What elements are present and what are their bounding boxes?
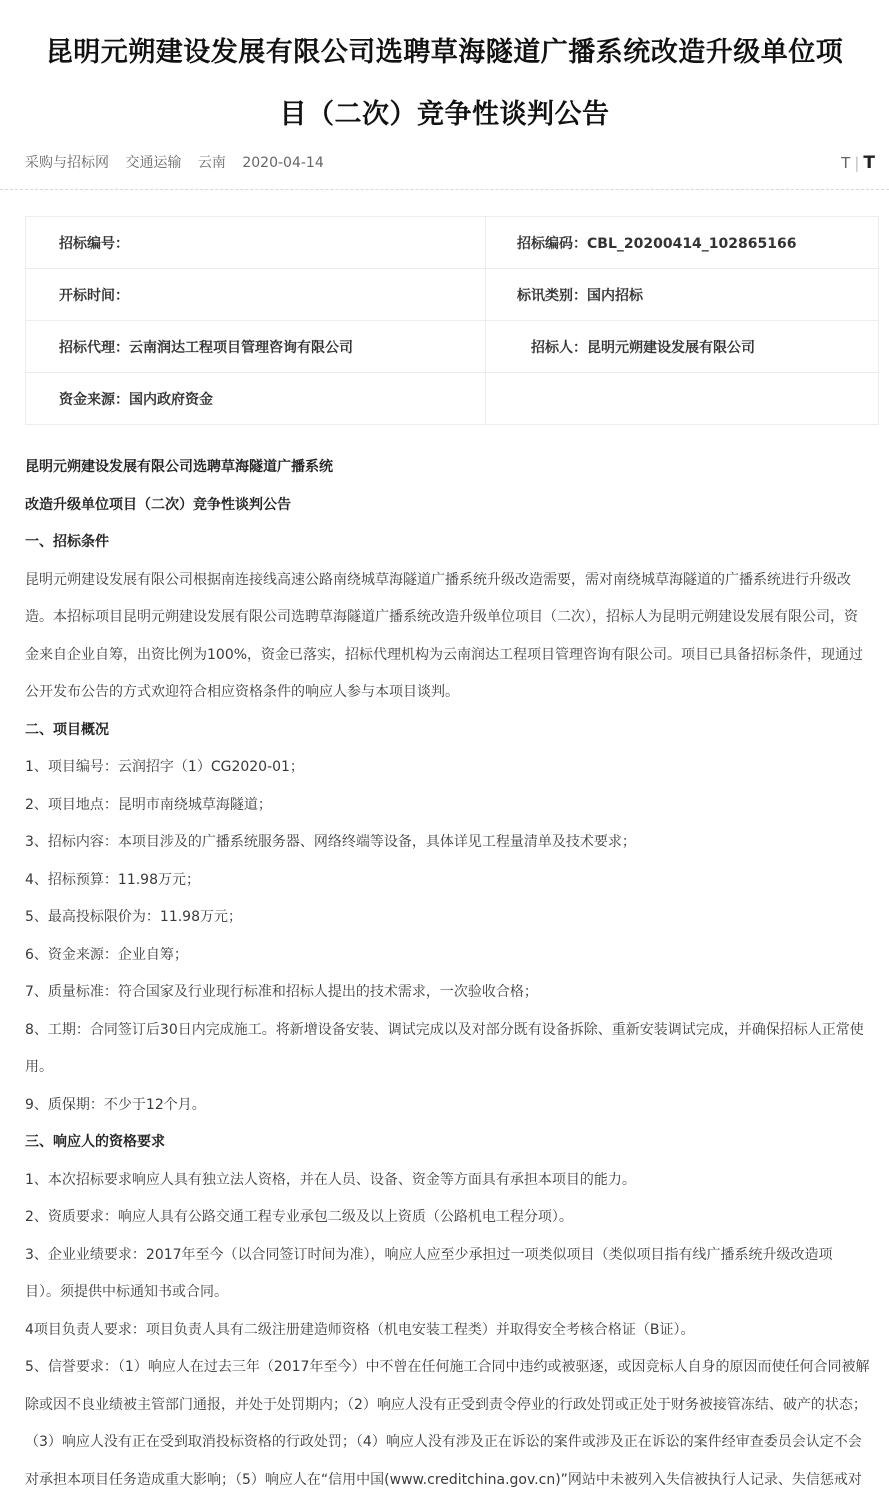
- list-item: 用。: [25, 1049, 875, 1087]
- tender-agent-cell: 招标代理：云南润达工程项目管理咨询有限公司: [26, 321, 486, 373]
- list-item: 除或因不良业绩被主管部门通报，并处于处罚期内；（2）响应人没有正受到责令停业的行…: [25, 1387, 875, 1425]
- table-row: 资金来源：国内政府资金: [26, 373, 879, 425]
- list-item: 1、项目编号：云润招字（1）CG2020-01；: [25, 749, 875, 787]
- announcement-body: 昆明元朔建设发展有限公司选聘草海隧道广播系统 改造升级单位项目（二次）竞争性谈判…: [25, 449, 875, 1499]
- section-heading-tender-conditions: 一、招标条件: [25, 524, 875, 562]
- list-item: 目）。须提供中标通知书或合同。: [25, 1274, 875, 1312]
- list-item: 2、资质要求：响应人具有公路交通工程专业承包二级及以上资质（公路机电工程分项）。: [25, 1199, 875, 1237]
- font-large-button[interactable]: T: [863, 153, 875, 173]
- fund-source-cell: 资金来源：国内政府资金: [26, 373, 486, 425]
- body-heading-line-1: 昆明元朔建设发展有限公司选聘草海隧道广播系统: [25, 449, 875, 487]
- table-row: 招标代理：云南润达工程项目管理咨询有限公司 招标人：昆明元朔建设发展有限公司: [26, 321, 879, 373]
- meta-source-link[interactable]: 采购与招标网: [25, 155, 109, 171]
- list-item: 5、信誉要求：（1）响应人在过去三年（2017年至今）中不曾在任何施工合同中违约…: [25, 1349, 875, 1387]
- tender-number-cell: 招标编号：: [26, 217, 486, 269]
- list-item: 2、项目地点：昆明市南绕城草海隧道；: [25, 787, 875, 825]
- list-item: 7、质量标准：符合国家及行业现行标准和招标人提出的技术需求，一次验收合格；: [25, 974, 875, 1012]
- table-row: 开标时间： 标讯类别：国内招标: [26, 269, 879, 321]
- page-title: 昆明元朔建设发展有限公司选聘草海隧道广播系统改造升级单位项 目（二次）竞争性谈判…: [20, 22, 869, 146]
- list-item: 6、资金来源：企业自筹；: [25, 937, 875, 975]
- section-heading-qualifications: 三、响应人的资格要求: [25, 1124, 875, 1162]
- list-item: 9、质保期：不少于12个月。: [25, 1087, 875, 1125]
- tender-code-cell: 招标编码：CBL_20200414_102865166: [486, 217, 879, 269]
- tenderer-cell: 招标人：昆明元朔建设发展有限公司: [486, 321, 879, 373]
- font-toggle-separator: |: [854, 154, 859, 172]
- page-title-line-1: 昆明元朔建设发展有限公司选聘草海隧道广播系统改造升级单位项: [20, 22, 869, 84]
- list-item: 1、本次招标要求响应人具有独立法人资格，并在人员、设备、资金等方面具有承担本项目…: [25, 1162, 875, 1200]
- list-item: 5、最高投标限价为：11.98万元；: [25, 899, 875, 937]
- paragraph-line: 造。本招标项目昆明元朔建设发展有限公司选聘草海隧道广播系统改造升级单位项目（二次…: [25, 599, 875, 637]
- list-item: 4、招标预算：11.98万元；: [25, 862, 875, 900]
- meta-date: 2020-04-14: [242, 155, 323, 171]
- paragraph-line: 金来自企业自筹，出资比例为100%，资金已落实，招标代理机构为云南润达工程项目管…: [25, 637, 875, 675]
- page-title-line-2: 目（二次）竞争性谈判公告: [20, 84, 869, 146]
- bid-open-time-cell: 开标时间：: [26, 269, 486, 321]
- empty-cell: [486, 373, 879, 425]
- tender-info-table: 招标编号： 招标编码：CBL_20200414_102865166 开标时间： …: [25, 216, 879, 425]
- font-size-toggle: T|T: [841, 151, 875, 175]
- meta-divider: [0, 189, 889, 190]
- table-row: 招标编号： 招标编码：CBL_20200414_102865166: [26, 217, 879, 269]
- article-meta: 采购与招标网 交通运输 云南 2020-04-14: [25, 151, 880, 175]
- list-item: 8、工期：合同签订后30日内完成施工。将新增设备安装、调试完成以及对部分既有设备…: [25, 1012, 875, 1050]
- list-item: （3）响应人没有正在受到取消投标资格的行政处罚；（4）响应人没有涉及正在诉讼的案…: [25, 1424, 875, 1462]
- font-small-button[interactable]: T: [841, 154, 850, 172]
- tender-category-cell: 标讯类别：国内招标: [486, 269, 879, 321]
- list-item: 对承担本项目任务造成重大影响；（5）响应人在“信用中国(www.creditch…: [25, 1462, 875, 1500]
- list-item: 3、招标内容：本项目涉及的广播系统服务器、网络终端等设备，具体详见工程量清单及技…: [25, 824, 875, 862]
- paragraph-line: 公开发布公告的方式欢迎符合相应资格条件的响应人参与本项目谈判。: [25, 674, 875, 712]
- meta-category-link[interactable]: 交通运输: [125, 155, 181, 171]
- list-item: 4项目负责人要求：项目负责人具有二级注册建造师资格（机电安装工程类）并取得安全考…: [25, 1312, 875, 1350]
- section-heading-project-overview: 二、项目概况: [25, 712, 875, 750]
- body-heading-line-2: 改造升级单位项目（二次）竞争性谈判公告: [25, 487, 875, 525]
- list-item: 3、企业业绩要求：2017年至今（以合同签订时间为准），响应人应至少承担过一项类…: [25, 1237, 875, 1275]
- paragraph-line: 昆明元朔建设发展有限公司根据南连接线高速公路南绕城草海隧道广播系统升级改造需要，…: [25, 562, 875, 600]
- meta-region-link[interactable]: 云南: [198, 155, 226, 171]
